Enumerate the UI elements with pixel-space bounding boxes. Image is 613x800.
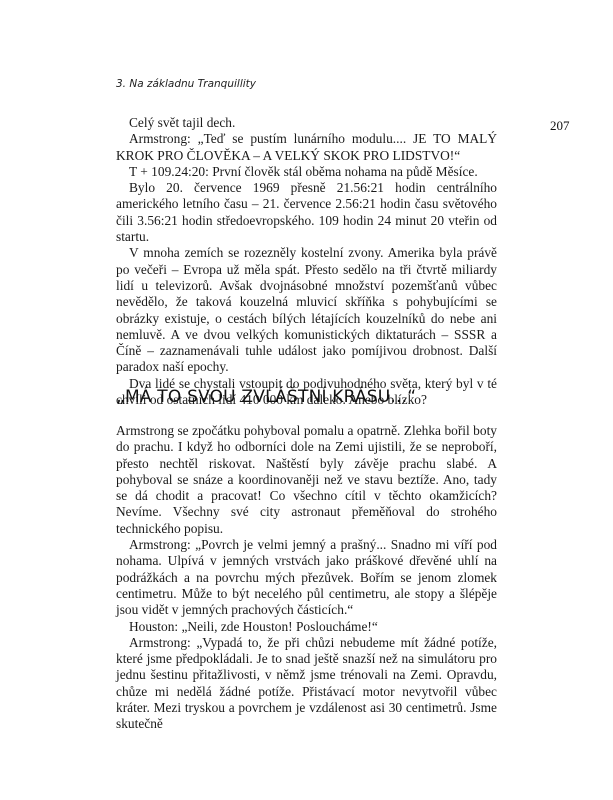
page-number: 207: [550, 118, 570, 134]
paragraph: Celý svět tajil dech.: [116, 115, 497, 131]
text-block-after-heading: Armstrong se zpočátku pohyboval pomalu a…: [116, 423, 497, 733]
paragraph: Armstrong: „Povrch je velmi jemný a praš…: [116, 537, 497, 618]
section-heading: „MÁ TO SVOU ZVLÁŠTNÍ KRÁSU...“: [116, 387, 416, 407]
paragraph: Armstrong: „Teď se pustím lunárního modu…: [116, 131, 497, 164]
paragraph: Houston: „Neili, zde Houston! Poslouchám…: [116, 619, 497, 635]
paragraph: Armstrong se zpočátku pohyboval pomalu a…: [116, 423, 497, 537]
paragraph: Armstrong: „Vypadá to, že při chůzi nebu…: [116, 635, 497, 733]
book-page: 3. Na základnu Tranquillity 207 Celý svě…: [0, 0, 613, 800]
text-block-before-heading: Celý svět tajil dech. Armstrong: „Teď se…: [116, 115, 497, 408]
running-head: 3. Na základnu Tranquillity: [116, 78, 256, 90]
paragraph: Bylo 20. července 1969 přesně 21.56:21 h…: [116, 180, 497, 245]
paragraph: T + 109.24:20: První člověk stál oběma n…: [116, 164, 497, 180]
paragraph: V mnoha zemích se rozezněly kostelní zvo…: [116, 245, 497, 375]
